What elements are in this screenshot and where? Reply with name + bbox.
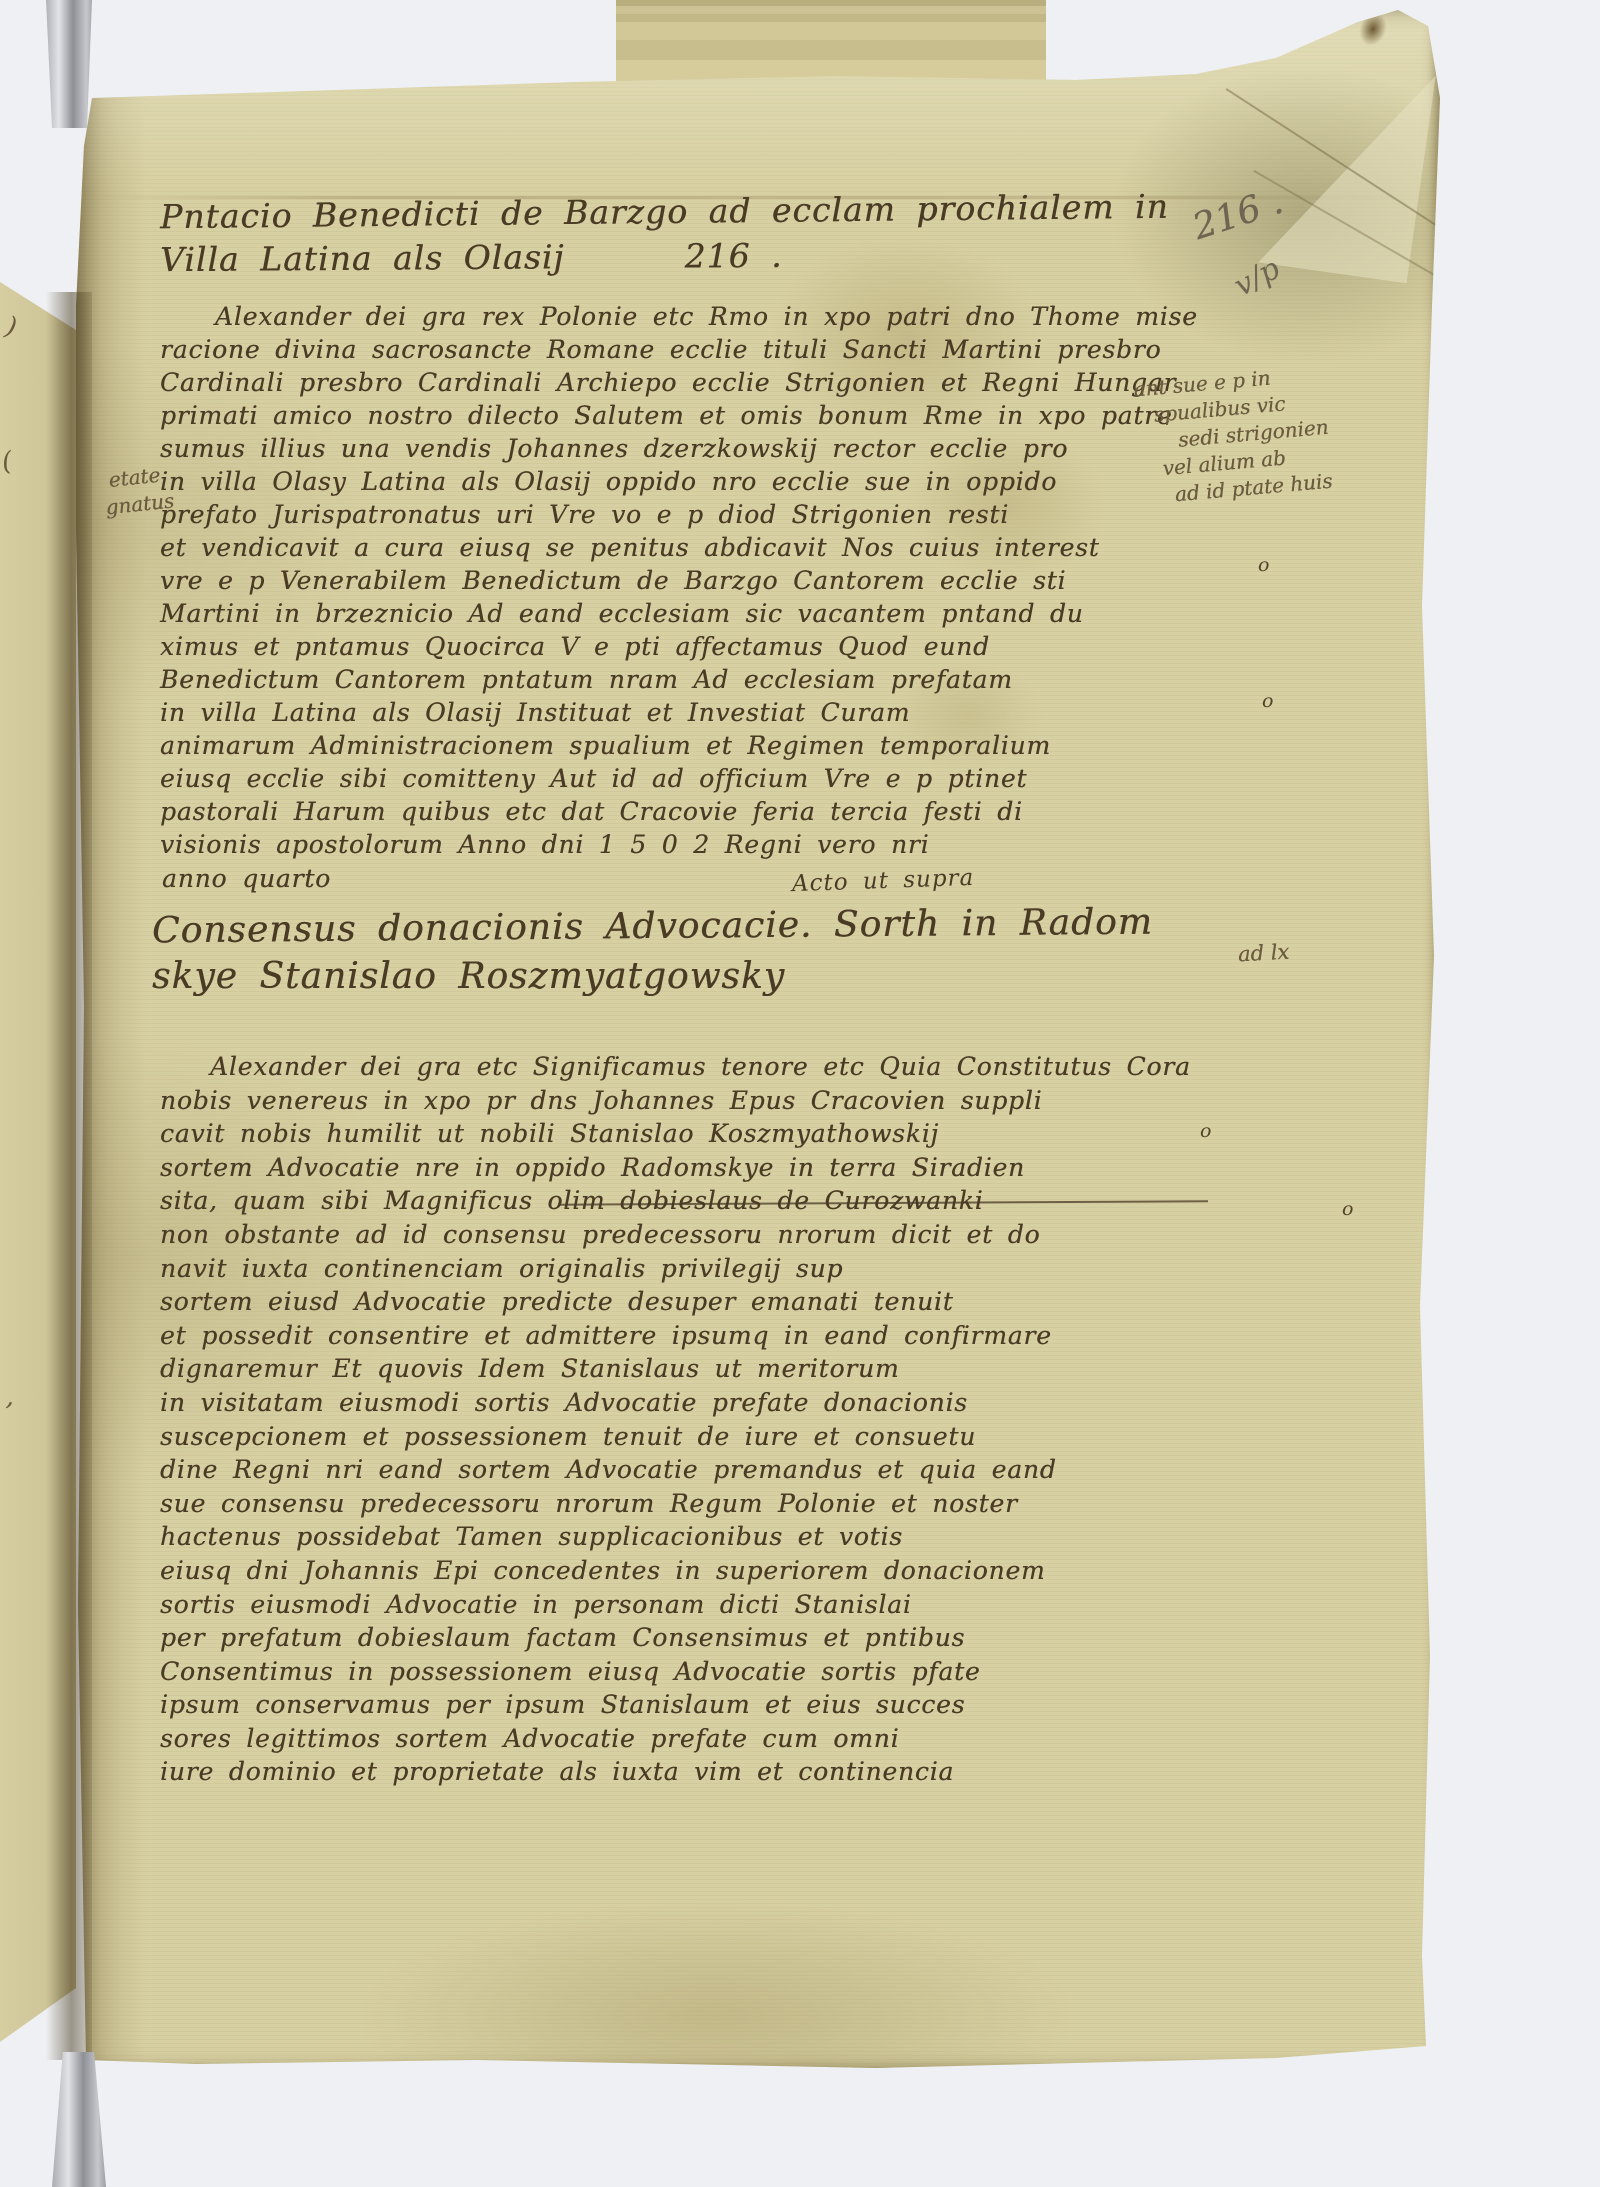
- text-line: eiusq ecclie sibi comitteny Aut id ad of…: [160, 762, 1198, 795]
- entry2-body: Alexander dei gra etc Significamus tenor…: [160, 1050, 1191, 1789]
- text-line: ximus et pntamus Quocirca V e pti affect…: [160, 630, 1198, 663]
- text-line: non obstante ad id consensu predecessoru…: [160, 1218, 1191, 1252]
- text-line: per prefatum dobieslaum factam Consensim…: [160, 1621, 1191, 1655]
- entry2-margin-note-right: ad lx: [1237, 939, 1290, 969]
- margin-o-mark: o: [1262, 690, 1273, 712]
- text-line: iure dominio et proprietate als iuxta vi…: [160, 1755, 1191, 1789]
- book-clamp-bottom: [52, 2052, 106, 2187]
- text-line: sortem Advocatie nre in oppido Radomskye…: [160, 1151, 1191, 1185]
- text-line: animarum Administracionem spualium et Re…: [160, 729, 1198, 762]
- text-line: vre e p Venerabilem Benedictum de Barzgo…: [160, 564, 1198, 597]
- corner-damage-spot: [1355, 9, 1391, 50]
- manuscript-page: Pntacio Benedicti de Barzgo ad ecclam pr…: [76, 6, 1440, 2072]
- text-line: in visitatam eiusmodi sortis Advocatie p…: [160, 1386, 1191, 1420]
- text-line: cavit nobis humilit ut nobili Stanislao …: [160, 1117, 1191, 1151]
- text-line: Cardinali presbro Cardinali Archiepo ecc…: [160, 366, 1198, 399]
- margin-o-mark: o: [1200, 1120, 1211, 1142]
- entry2-heading-line2: skye Stanislao Roszmyatgowsky: [152, 956, 785, 997]
- text-line: sortem eiusd Advocatie predicte desuper …: [160, 1285, 1191, 1319]
- entry1-heading-line1: Pntacio Benedicti de Barzgo ad ecclam pr…: [160, 187, 1169, 237]
- facing-page-ink-mark: ,: [5, 1382, 15, 1413]
- entry1-heading-line2-text: Villa Latina als Olasij: [160, 237, 565, 279]
- entry1-body: Alexander dei gra rex Polonie etc Rmo in…: [160, 300, 1198, 861]
- entry1-closing-line: anno quarto: [162, 862, 331, 895]
- text-line: racione divina sacrosancte Romane ecclie…: [160, 333, 1198, 366]
- text-line: dine Regni nri eand sortem Advocatie pre…: [160, 1453, 1191, 1487]
- entry1-postscript: Acto ut supra: [792, 865, 975, 897]
- text-line: Martini in brzeznicio Ad eand ecclesiam …: [160, 597, 1198, 630]
- text-line: pastorali Harum quibus etc dat Cracovie …: [160, 795, 1198, 828]
- text-line: dignaremur Et quovis Idem Stanislaus ut …: [160, 1352, 1191, 1386]
- book-clamp-top: [44, 0, 94, 128]
- text-line: nobis venereus in xpo pr dns Johannes Ep…: [160, 1084, 1191, 1118]
- text-line: ipsum conservamus per ipsum Stanislaum e…: [160, 1688, 1191, 1722]
- text-line: in villa Olasy Latina als Olasij oppido …: [160, 465, 1198, 498]
- folio-number: 216 .: [1188, 181, 1288, 248]
- text-line: sue consensu predecessoru nrorum Regum P…: [160, 1487, 1191, 1521]
- text-line: Alexander dei gra rex Polonie etc Rmo in…: [215, 300, 1198, 333]
- facing-page-ink-mark: ): [3, 311, 20, 343]
- margin-o-mark: o: [1258, 554, 1269, 576]
- scanned-manuscript-photo: ) ( , Pntacio Benedicti de Barzgo ad ecc…: [0, 0, 1600, 2187]
- text-line: eiusq dni Johannis Epi concedentes in su…: [160, 1554, 1191, 1588]
- entry1-margin-note-right: ant sue e p inspualibus vicsedi strigoni…: [1132, 360, 1334, 511]
- text-line: Benedictum Cantorem pntatum nram Ad eccl…: [160, 663, 1198, 696]
- entry1-heading-number: 216 .: [684, 236, 782, 276]
- entry2-heading-line1: Consensus donacionis Advocacie. Sorth in…: [152, 902, 1153, 952]
- text-line: Alexander dei gra etc Significamus tenor…: [210, 1050, 1191, 1084]
- text-line: et possedit consentire et admittere ipsu…: [160, 1319, 1191, 1353]
- text-line: in villa Latina als Olasij Instituat et …: [160, 696, 1198, 729]
- margin-o-mark: o: [1342, 1198, 1353, 1220]
- entry1-heading-line2: Villa Latina als Olasij216 .: [160, 236, 783, 279]
- entry1-margin-note-left: etategnatus: [101, 461, 175, 522]
- text-line: sumus illius una vendis Johannes dzerzko…: [160, 432, 1198, 465]
- text-line: visionis apostolorum Anno dni 1 5 0 2 Re…: [160, 828, 1198, 861]
- book-gutter-shadow: [46, 292, 92, 2060]
- text-line: et vendicavit a cura eiusq se penitus ab…: [160, 531, 1198, 564]
- text-line: sores legittimos sortem Advocatie prefat…: [160, 1722, 1191, 1756]
- text-line: suscepcionem et possessionem tenuit de i…: [160, 1420, 1191, 1454]
- facing-page-ink-mark: (: [0, 446, 14, 477]
- text-line: prefato Jurispatronatus uri Vre vo e p d…: [160, 498, 1198, 531]
- text-line: sortis eiusmodi Advocatie in personam di…: [160, 1588, 1191, 1622]
- text-line: hactenus possidebat Tamen supplicacionib…: [160, 1520, 1191, 1554]
- text-line: Consentimus in possessionem eiusq Advoca…: [160, 1655, 1191, 1689]
- text-line: navit iuxta continenciam originalis priv…: [160, 1252, 1191, 1286]
- text-line: primati amico nostro dilecto Salutem et …: [160, 399, 1198, 432]
